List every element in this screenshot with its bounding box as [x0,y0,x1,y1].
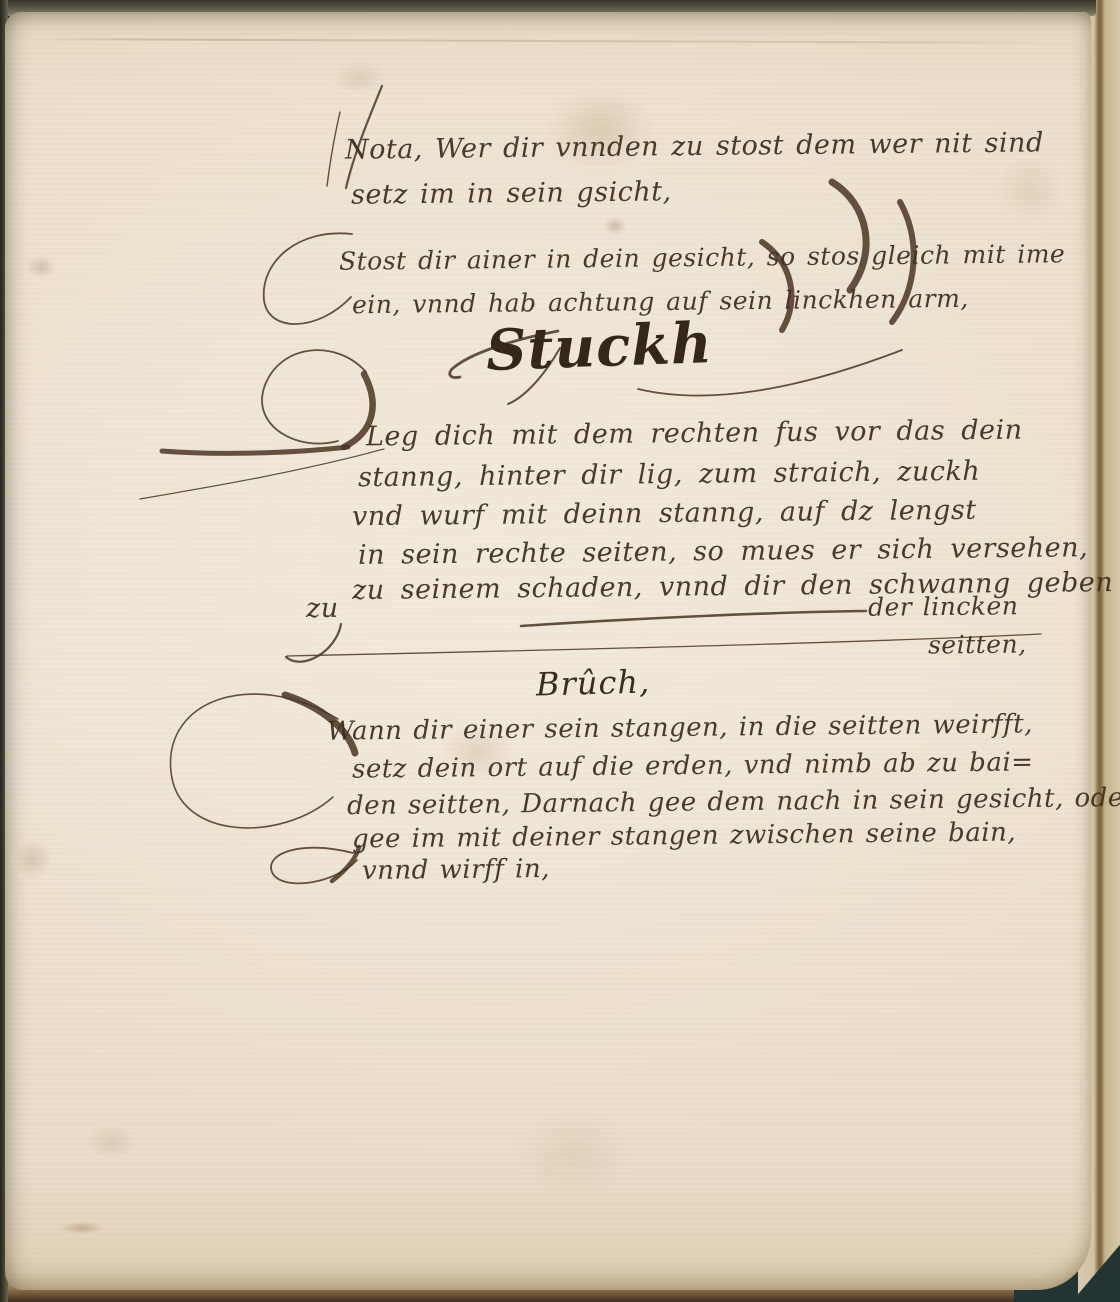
heading-bruch: Brûch, [536,663,651,704]
initial-l-undercurve [140,449,384,499]
right-margin-line: der lincken [868,591,1019,622]
ink-bleedthrough-mark [832,182,866,290]
nota-initial-flourish [327,112,340,186]
initial-v-loop-flourish [271,848,357,884]
manuscript-scan: Nota, Wer dir vnnden zu stost dem wer ni… [0,0,1120,1302]
text-line: vnnd wirff in, [362,854,550,886]
short-rule-stroke [521,611,866,626]
initial-w-oval-flourish [170,694,338,828]
catchword: zu [306,593,339,624]
heading-stuckh: Stuckh [485,310,714,384]
text-line: setz im in sein gsicht, [351,176,672,210]
text-line: stanng, hinter dir lig, zum straich, zuc… [358,456,980,494]
initial-l-tail-stroke [162,447,348,453]
initial-l-loop-flourish [262,350,366,443]
text-line: vnd wurf mit deinn stanng, auf dz lengst [352,495,977,533]
right-margin-line: seitten, [928,629,1027,659]
